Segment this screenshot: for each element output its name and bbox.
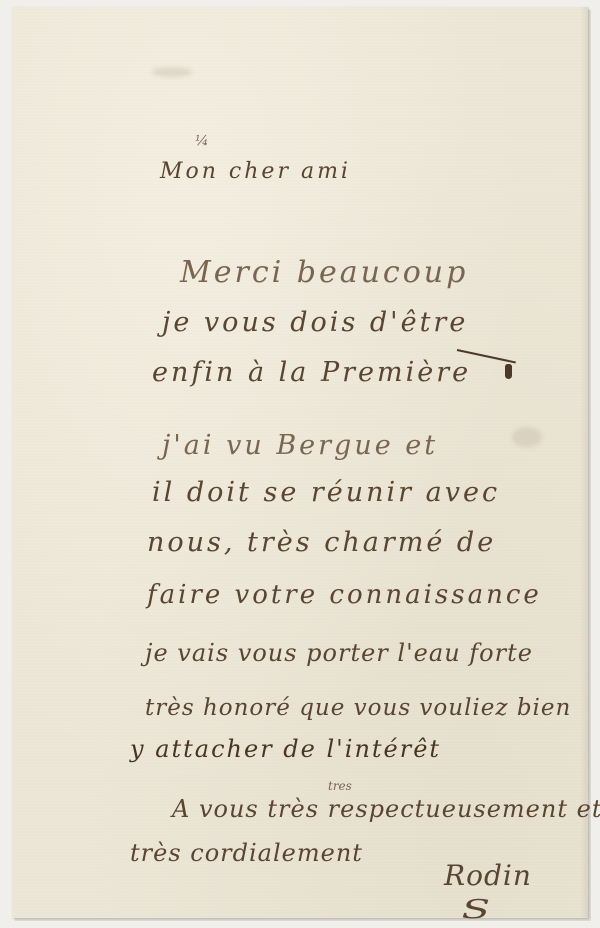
salutation: Mon cher ami [160, 159, 351, 184]
letter-line-5: il doit se réunir avec [152, 477, 500, 508]
letter-line-1: Merci beaucoup [180, 255, 468, 290]
letter-line-8: je vais vous porter l'eau forte [145, 639, 533, 667]
signature: Rodin [444, 859, 532, 892]
letter-line-9: très honoré que vous vouliez bien [145, 695, 571, 721]
letter-line-10: y attacher de l'intérêt [130, 735, 441, 763]
letter-line-3: enfin à la Première [152, 357, 471, 388]
signature-flourish: S [462, 895, 491, 925]
paper-edge [580, 7, 588, 918]
letter-line-2: je vous dois d'être [162, 307, 468, 338]
paper-stain [512, 427, 542, 447]
closing-line-2: très cordialement [130, 839, 363, 867]
letter-line-6: nous, très charmé de [147, 527, 496, 558]
letter-line-7: faire votre connaissance [147, 580, 542, 610]
closing-superscript: tres [328, 779, 352, 793]
top-mark: ¼ [195, 133, 209, 149]
paper-stain [152, 67, 192, 77]
ink-blot [505, 364, 512, 379]
letter-page: ¼ Mon cher ami Merci beaucoup je vous do… [12, 7, 588, 918]
closing-line-1: A vous très respectueusement et [172, 795, 600, 823]
letter-line-4: j'ai vu Bergue et [162, 430, 438, 461]
